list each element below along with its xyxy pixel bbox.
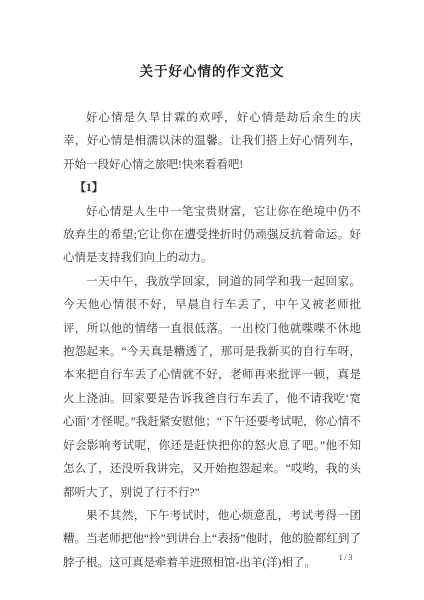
paragraph-intro: 好心情是久旱甘霖的欢呼，好心情是劫后余生的庆幸，好心情是相濡以沫的温馨。让我们搭… xyxy=(63,107,361,177)
page-number: 1/3 xyxy=(339,552,354,562)
paragraph-body-3: 果不其然，下午考试时，他心烦意乱，考试考得一团糟。当老师把他“拎”到讲台上“表扬… xyxy=(63,505,361,575)
document-page: 关于好心情的作文范文 好心情是久旱甘霖的欢呼，好心情是劫后余生的庆幸，好心情是相… xyxy=(0,0,424,600)
section-marker: 【1】 xyxy=(63,177,361,200)
paragraph-body-1: 好心情是人生中一笔宝贵财富，它让你在绝境中仍不放弃生的希望;它让你在遭受挫折时仍… xyxy=(63,201,361,271)
page-title: 关于好心情的作文范文 xyxy=(0,60,424,80)
paragraph-body-2: 一天中午，我放学回家，同道的同学和我一起回家。今天他心情很不好，早晨自行车丢了，… xyxy=(63,271,361,505)
document-body: 好心情是久旱甘霖的欢呼，好心情是劫后余生的庆幸，好心情是相濡以沫的温馨。让我们搭… xyxy=(63,107,361,575)
